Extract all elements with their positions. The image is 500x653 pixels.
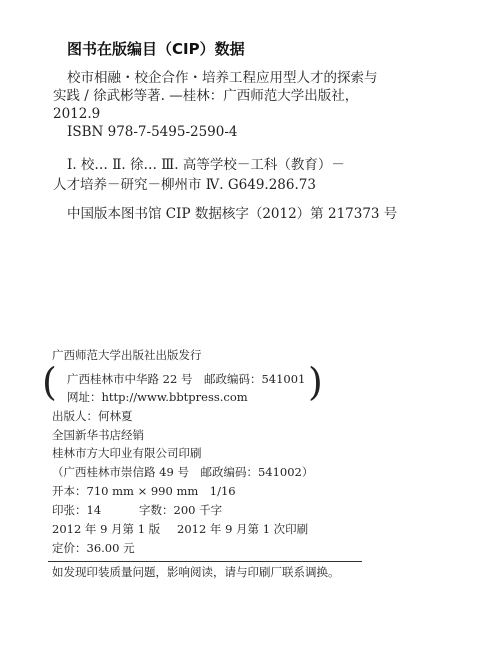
cip-date: 2012.9 xyxy=(53,106,100,123)
quality-notice: 如发现印装质量问题，影响阅读，请与印刷厂联系调换。 xyxy=(52,563,340,581)
divider-rule xyxy=(48,561,362,562)
right-brace-paren: ) xyxy=(308,363,323,401)
cip-title-line-1: 校市相融・校企合作・培养工程应用型人才的探索与 xyxy=(67,70,378,87)
cip-heading: 图书在版编目（CIP）数据 xyxy=(67,38,245,59)
publisher-address: 广西桂林市中华路 22 号 邮政编码：541001 xyxy=(67,370,305,388)
sheets: 印张：14 xyxy=(52,501,101,519)
publisher-person: 出版人：何林夏 xyxy=(52,407,133,425)
cip-title-line-2: 实践 / 徐武彬等著. —桂林：广西师范大学出版社， xyxy=(53,88,358,105)
publisher-website: 网址：http://www.bbtpress.com xyxy=(67,388,248,406)
edition: 2012 年 9 月第 1 版 xyxy=(52,520,160,538)
cip-subjects-line-1: Ⅰ. 校… Ⅱ. 徐… Ⅲ. 高等学校－工科（教育）－ xyxy=(67,157,345,174)
distributor: 全国新华书店经销 xyxy=(52,426,144,444)
printing: 2012 年 9 月第 1 次印刷 xyxy=(177,520,308,538)
cip-number: 中国版本图书馆 CIP 数据核字（2012）第 217373 号 xyxy=(67,206,397,223)
word-count: 字数：200 千字 xyxy=(139,501,222,519)
cip-subjects-line-2: 人才培养－研究－柳州市 Ⅳ. G649.286.73 xyxy=(53,177,316,194)
publisher-line: 广西师范大学出版社出版发行 xyxy=(52,346,202,364)
printer: 桂林市方大印业有限公司印刷 xyxy=(52,444,202,462)
left-brace-paren: ( xyxy=(42,363,57,401)
price: 定价：36.00 元 xyxy=(52,539,135,557)
cip-isbn: ISBN 978-7-5495-2590-4 xyxy=(67,124,238,141)
format: 开本：710 mm × 990 mm 1/16 xyxy=(52,482,236,500)
printer-address: （广西桂林市崇信路 49 号 邮政编码：541002） xyxy=(52,463,313,481)
